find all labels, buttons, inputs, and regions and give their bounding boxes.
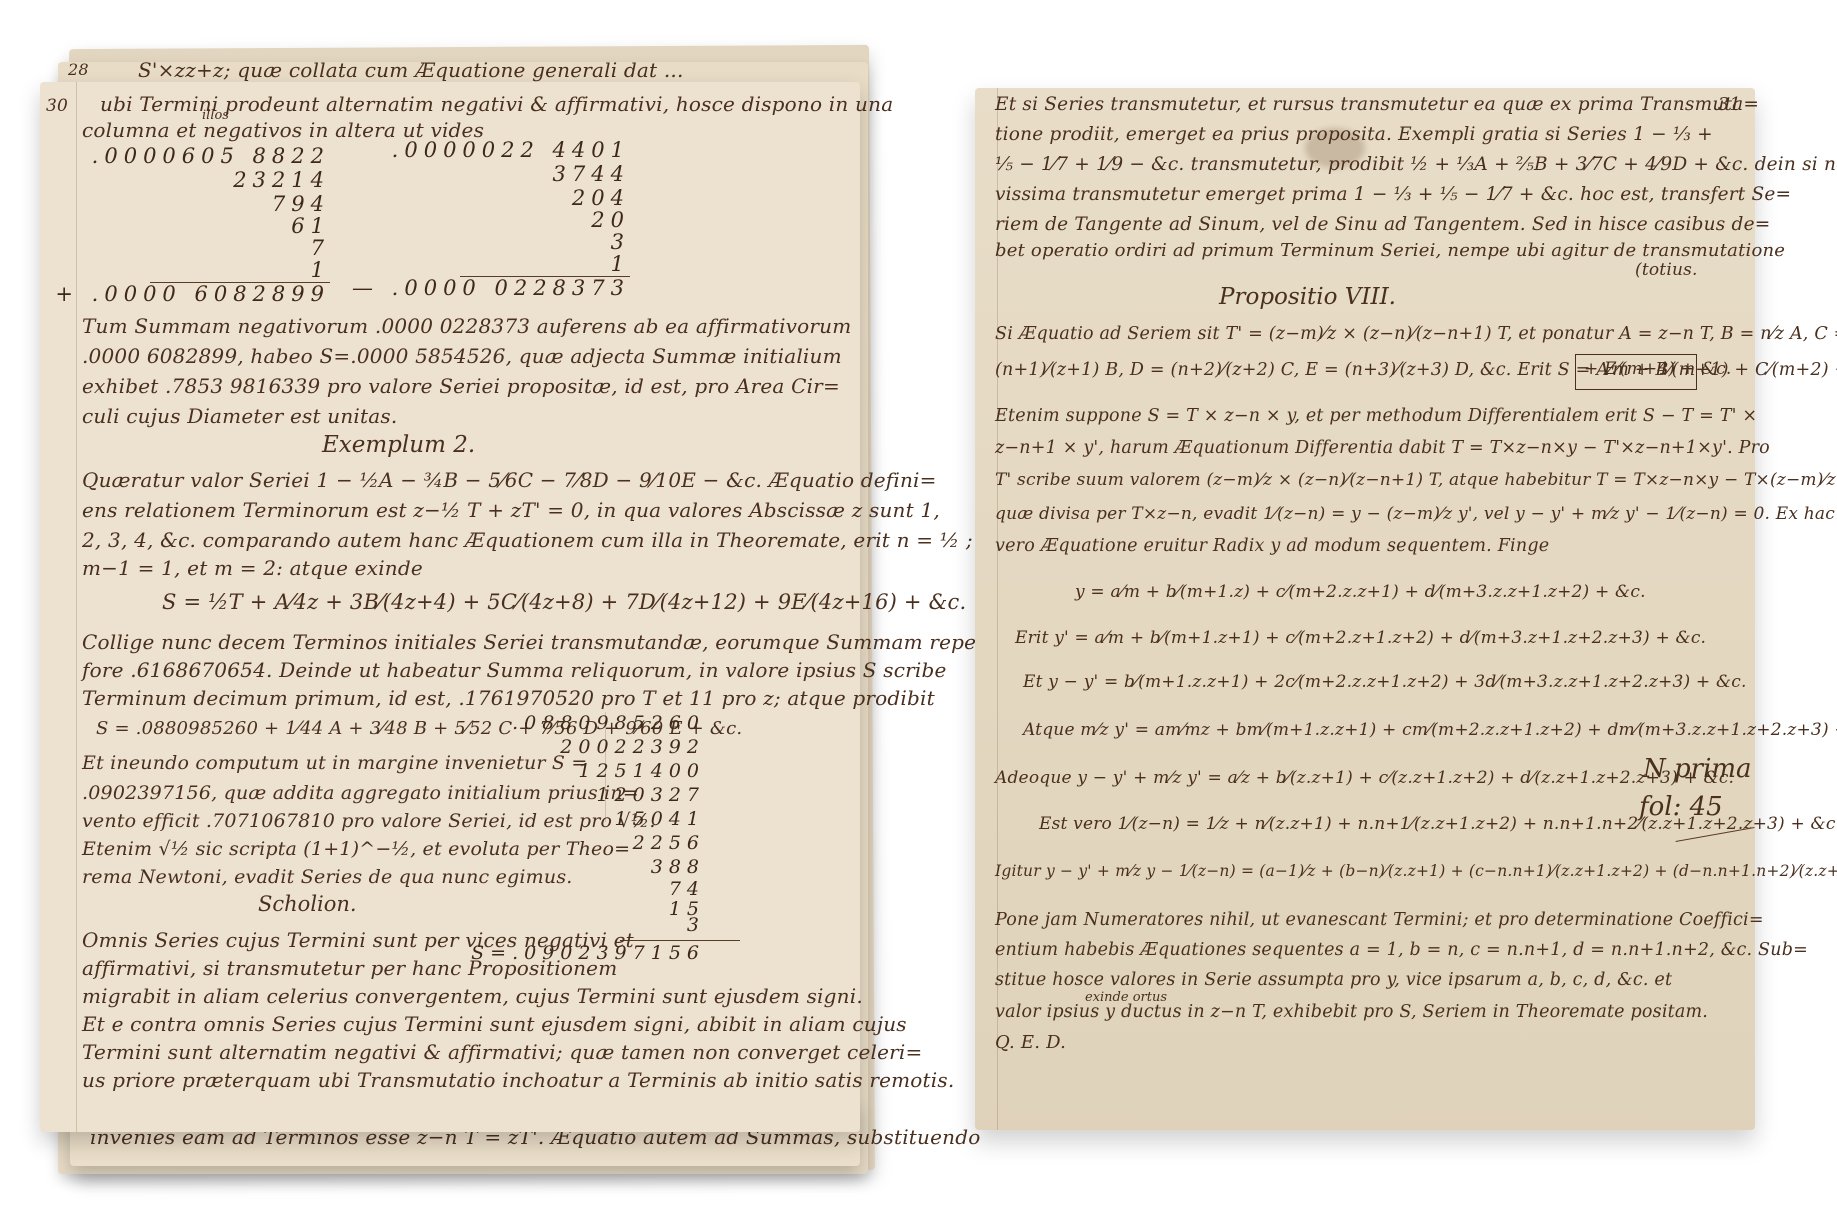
page-number: 30	[46, 96, 68, 116]
text-line: Termini sunt alternatim negativi & affir…	[82, 1040, 922, 1064]
margin-note-line: fol: 45	[1639, 792, 1723, 822]
text-line: Collige nunc decem Terminos initiales Se…	[82, 630, 1015, 654]
margin-sum-row: .0880985260	[512, 712, 705, 734]
text-line: Etenim suppone S = T × z−n × y, et per m…	[995, 406, 1757, 426]
back-page-number: 28	[68, 60, 89, 79]
text-line: migrabit in aliam celerius convergentem,…	[82, 984, 863, 1008]
text-line: tione prodiit, emerget ea prius proposit…	[995, 124, 1713, 145]
sum-rule	[620, 940, 740, 941]
equation-line: Atque m⁄z y' = am⁄mz + bm⁄(m+1.z.z+1) + …	[1023, 720, 1837, 740]
sum-row: 3744	[553, 162, 630, 186]
text-line: .0902397156, quæ addita aggregato initia…	[82, 782, 639, 804]
margin-sum-row: 120327	[596, 784, 705, 806]
sum-row: 7	[311, 236, 330, 260]
text-line: z−n+1 × y', harum Æquationum Differentia…	[995, 438, 1770, 458]
text-line: Omnis Series cujus Termini sunt per vice…	[82, 928, 634, 952]
sum-row: .0000605 8822	[92, 144, 330, 168]
text-line: valor ipsius y ductus in z−n T, exhibebi…	[995, 1002, 1708, 1022]
inserted-word: illos	[202, 108, 229, 123]
text-line: Quæratur valor Seriei 1 − ½A − ¾B − 5⁄6C…	[82, 468, 937, 492]
equation-line: Igitur y − y' + m⁄z y − 1⁄(z−n) = (a−1)⁄…	[995, 862, 1837, 880]
text-line: stitue hosce valores in Serie assumpta p…	[995, 970, 1672, 990]
margin-sum-row: 20022392	[560, 736, 705, 758]
text-line: m−1 = 1, et m = 2: atque exinde	[82, 556, 423, 580]
boxed-term: + E⁄(m+4) + &c.	[1575, 354, 1697, 390]
qed-line: Q. E. D.	[995, 1032, 1066, 1053]
margin-rule	[76, 82, 77, 1132]
text-line: Terminum decimum primum, id est, .176197…	[82, 686, 935, 710]
text-line: Et e contra omnis Series cujus Termini s…	[82, 1012, 907, 1036]
sum-row: 61	[291, 214, 330, 238]
page-number: 31	[1718, 94, 1741, 115]
text-line: .0000 6082899, habeo S=.0000 5854526, qu…	[82, 344, 842, 368]
proposition-heading: Propositio VIII.	[1219, 284, 1396, 310]
text-line: 2, 3, 4, &c. comparando autem hanc Æquat…	[82, 528, 973, 552]
boxed-term-text: + E⁄(m+4) + &c.	[1584, 359, 1731, 379]
text-line: vero Æquatione eruitur Radix y ad modum …	[995, 536, 1549, 556]
text-line: Etenim √½ sic scripta (1+1)^−½, et evolu…	[82, 838, 630, 860]
text-line: Tum Summam negativorum .0000 0228373 auf…	[82, 314, 851, 338]
equation-line: y = a⁄m + b⁄(m+1.z) + c⁄(m+2.z.z+1) + d⁄…	[1075, 582, 1646, 602]
text-line: T' scribe suum valorem (z−m)⁄z × (z−n)⁄(…	[995, 470, 1837, 490]
sum-total: — .0000 0228373	[352, 276, 630, 300]
text-line: culi cujus Diameter est unitas.	[82, 404, 397, 428]
scholion-heading: Scholion.	[258, 892, 357, 916]
text-line: Et si Series transmutetur, et rursus tra…	[995, 94, 1759, 115]
text-line: Si Æquatio ad Seriem sit T' = (z−m)⁄z × …	[995, 324, 1837, 344]
text-line: us priore præterquam ubi Transmutatio in…	[82, 1068, 954, 1092]
exemplum-heading: Exemplum 2.	[322, 432, 475, 458]
sum-row: 3	[611, 230, 630, 254]
sum-total: + .0000 6082899	[55, 282, 330, 306]
sum-row: 23214	[233, 168, 330, 192]
left-manuscript-page: 30 ubi Termini prodeunt alternatim negat…	[40, 82, 860, 1132]
right-manuscript-page: Et si Series transmutetur, et rursus tra…	[975, 88, 1755, 1130]
back-page-line: S'×zz+z; quæ collata cum Æquatione gener…	[138, 58, 684, 82]
sum-row: 794	[272, 192, 330, 216]
text-line: riem de Tangente ad Sinum, vel de Sinu a…	[995, 214, 1770, 235]
text-line: rema Newtoni, evadit Series de qua nunc …	[82, 866, 573, 888]
text-line: quæ divisa per T×z−n, evadit 1⁄(z−n) = y…	[995, 504, 1835, 524]
margin-sum-row: 74	[669, 878, 705, 900]
text-line: vissima transmutetur emerget prima 1 − ⅓…	[995, 184, 1791, 205]
equation-line: Et y − y' = b⁄(m+1.z.z+1) + 2c⁄(m+2.z.z+…	[1023, 672, 1747, 692]
sum-row: 204	[572, 186, 630, 210]
text-line: ens relationem Terminorum est z−½ T + zT…	[82, 498, 940, 522]
text-line: Et ineundo computum ut in margine inveni…	[82, 752, 588, 774]
sum-row: .0000022 4401	[392, 138, 630, 162]
sum-row: 1	[611, 252, 630, 276]
text-line: Pone jam Numeratores nihil, ut evanescan…	[995, 910, 1764, 930]
margin-sum-row: 15041	[615, 808, 705, 830]
margin-sum-row: 1251400	[578, 760, 705, 782]
text-line: fore .6168670654. Deinde ut habeatur Sum…	[82, 658, 947, 682]
formula-line: S = ½T + A⁄4z + 3B⁄(4z+4) + 5C⁄(4z+8) + …	[162, 590, 966, 614]
text-line: vento efficit .7071067810 pro valore Ser…	[82, 810, 656, 832]
sum-row: 20	[591, 208, 630, 232]
text-line: exhibet .7853 9816339 pro valore Seriei …	[82, 374, 840, 398]
text-line: affirmativi, si transmutetur per hanc Pr…	[82, 956, 617, 980]
margin-sum-row: 2256	[633, 832, 705, 854]
margin-note-line: N prima	[1643, 754, 1752, 784]
equation-line: Erit y' = a⁄m + b⁄(m+1.z+1) + c⁄(m+2.z+1…	[1015, 628, 1706, 648]
text-line: entium habebis Æquationes sequentes a = …	[995, 940, 1808, 960]
text-line: ⅕ − 1⁄7 + 1⁄9 − &c. transmutetur, prodib…	[995, 154, 1837, 175]
equation-line: Adeoque y − y' + m⁄z y' = a⁄z + b⁄(z.z+1…	[995, 768, 1734, 788]
margin-sum-row: 388	[651, 856, 705, 878]
text-line: bet operatio ordiri ad primum Terminum S…	[995, 240, 1785, 261]
text-line: (totius.	[1635, 260, 1698, 280]
sum-row: 1	[311, 258, 330, 282]
margin-sum-row: 3	[687, 914, 705, 936]
